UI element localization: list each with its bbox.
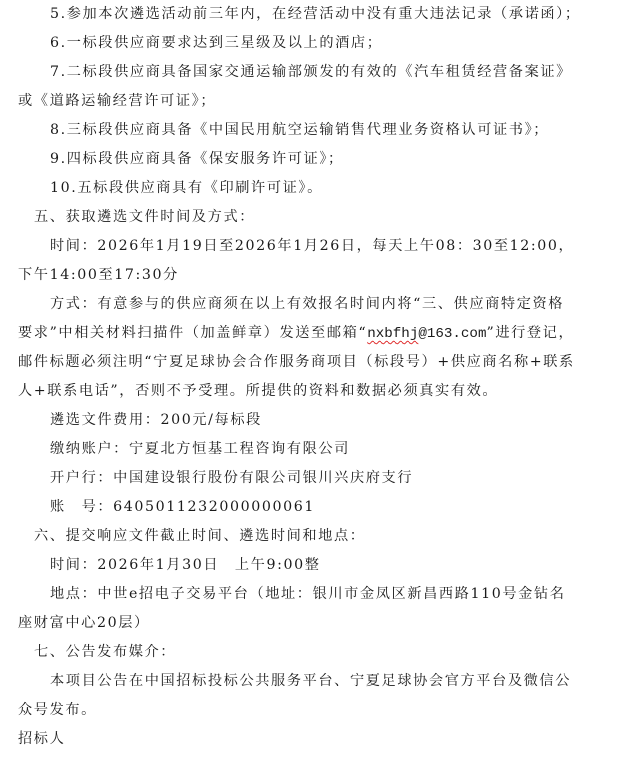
section-6-heading: 六、提交响应文件截止时间、遴选时间和地点：	[34, 526, 366, 546]
section-7-body-cont: 众号发布。	[18, 700, 97, 720]
section-5-method-line4: 人+联系电话”，否则不予受理。所提供的资料和数据必须真实有效。	[18, 381, 498, 401]
section-7-body: 本项目公告在中国招标投标公共服务平台、宁夏足球协会官方平台及微信公	[50, 671, 571, 691]
requirement-6: 6.一标段供应商要求达到三星级及以上的酒店；	[50, 33, 383, 53]
section-6-time: 时间：2026年1月30日 上午9:00整	[50, 555, 321, 575]
section-6-place: 地点：中世e招电子交易平台（地址：银川市金凤区新昌西路110号金钻名	[50, 584, 566, 604]
requirement-7-cont: 或《道路运输经营许可证》；	[18, 91, 216, 111]
section-5-method: 方式：有意参与的供应商须在以上有效报名时间内将“三、供应商特定资格	[50, 294, 564, 314]
section-5-bank: 开户行：中国建设银行股份有限公司银川兴庆府支行	[50, 468, 413, 488]
section-5-heading: 五、获取遴选文件时间及方式：	[34, 207, 255, 227]
account-number: 6405011232000000061	[113, 499, 315, 515]
section-6-place-cont: 座财富中心20层）	[18, 613, 150, 633]
method-text-pre: 要求”中相关材料扫描件（加盖鲜章）发送至邮箱“	[18, 325, 367, 341]
requirement-5: 5.参加本次遴选活动前三年内，在经营活动中没有重大违法记录（承诺函）；	[50, 4, 581, 24]
email-user: nxbfhj	[367, 326, 418, 342]
section-5-time: 时间：2026年1月19日至2026年1月26日，每天上午08：30至12:00…	[50, 236, 574, 256]
requirement-9: 9.四标段供应商具备《保安服务许可证》；	[50, 149, 344, 169]
method-text-post: ”进行登记，	[486, 325, 574, 341]
requirement-8: 8.三标段供应商具备《中国民用航空运输销售代理业务资格认可证书》；	[50, 120, 549, 140]
section-5-account: 账 号：6405011232000000061	[50, 497, 315, 517]
requirement-10: 10.五标段供应商具有《印刷许可证》。	[50, 178, 323, 198]
section-5-method-line2: 要求”中相关材料扫描件（加盖鲜章）发送至邮箱“nxbfhj@163.com”进行…	[18, 323, 574, 344]
section-5-payee: 缴纳账户：宁夏北方恒基工程咨询有限公司	[50, 439, 350, 459]
email-address: nxbfhj@163.com	[367, 326, 486, 342]
account-label: 账 号：	[50, 499, 113, 515]
email-domain: @163.com	[418, 326, 486, 342]
signature-tenderer: 招标人	[18, 729, 65, 749]
section-5-fee: 遴选文件费用：200元/每标段	[50, 410, 262, 430]
section-7-heading: 七、公告发布媒介：	[34, 642, 176, 662]
section-5-time-cont: 下午14:00至17:30分	[18, 265, 179, 285]
section-5-method-line3: 邮件标题必须注明“宁夏足球协会合作服务商项目（标段号）+供应商名称+联系	[18, 352, 575, 372]
requirement-7: 7.二标段供应商具备国家交通运输部颁发的有效的《汽车租赁经营备案证》	[50, 62, 572, 82]
